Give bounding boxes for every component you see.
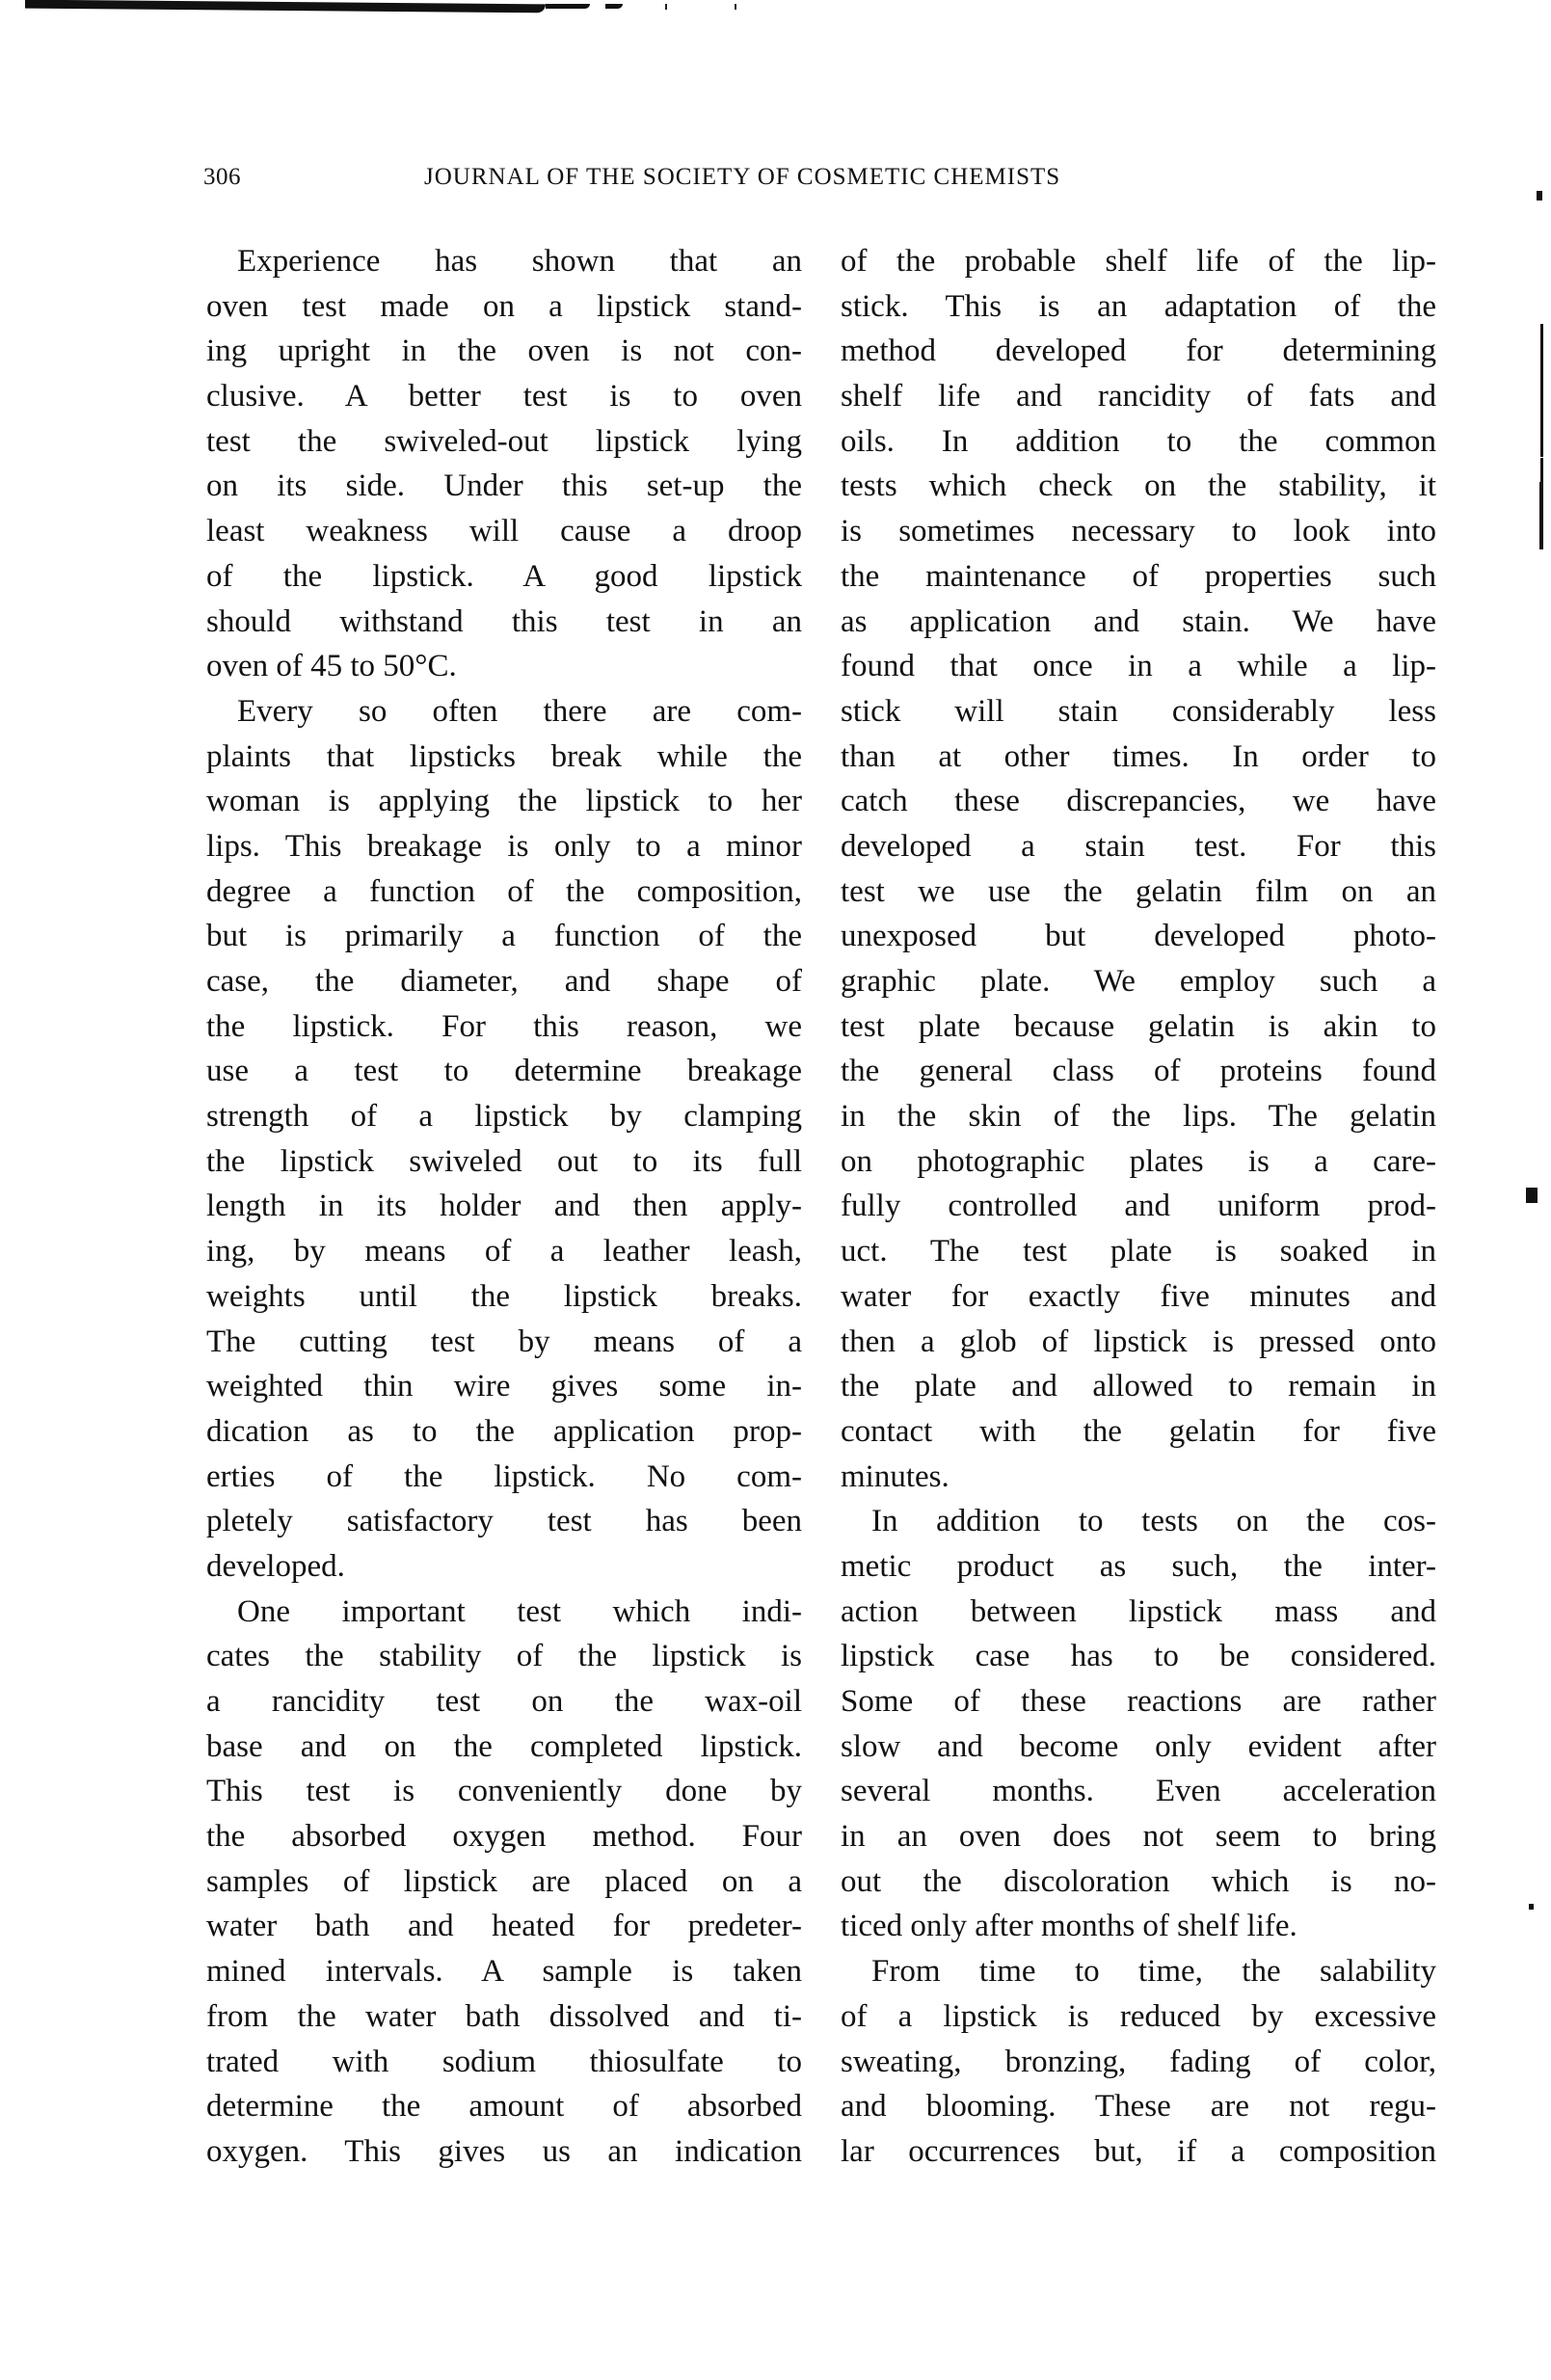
- text-line: sweating, bronzing, fading of color,: [841, 2040, 1436, 2085]
- text-line: stick will stain considerably less: [841, 689, 1436, 735]
- left-column: Experience has shown that anoven test ma…: [206, 239, 802, 2175]
- text-line: strength of a lipstick by clamping: [206, 1094, 802, 1139]
- text-line: trated with sodium thiosulfate to: [206, 2040, 802, 2085]
- scan-edge-mark: [1526, 1188, 1538, 1203]
- text-line: the absorbed oxygen method. Four: [206, 1814, 802, 1859]
- paragraph: From time to time, the salabilityof a li…: [841, 1949, 1436, 2174]
- text-line: samples of lipstick are placed on a: [206, 1859, 802, 1905]
- text-line: but is primarily a function of the: [206, 914, 802, 959]
- scan-artifact-bar: [605, 4, 623, 9]
- text-line: unexposed but developed photo-: [841, 914, 1436, 959]
- journal-title: JOURNAL OF THE SOCIETY OF COSMETIC CHEMI…: [424, 164, 1060, 191]
- text-line: weights until the lipstick breaks.: [206, 1274, 802, 1320]
- text-line: the lipstick swiveled out to its full: [206, 1139, 802, 1185]
- scan-artifact-bar: [546, 4, 590, 9]
- text-line: a rancidity test on the wax-oil: [206, 1679, 802, 1725]
- paragraph: Experience has shown that anoven test ma…: [206, 239, 802, 689]
- text-line: cates the stability of the lipstick is: [206, 1634, 802, 1679]
- text-line: lips. This breakage is only to a minor: [206, 824, 802, 869]
- text-line: metic product as such, the inter-: [841, 1544, 1436, 1590]
- text-line: This test is conveniently done by: [206, 1769, 802, 1814]
- text-line: lar occurrences but, if a composition: [841, 2129, 1436, 2175]
- text-line: from the water bath dissolved and ti-: [206, 1994, 802, 2040]
- text-line: oils. In addition to the common: [841, 419, 1436, 465]
- text-line: developed.: [206, 1544, 802, 1590]
- paragraph: In addition to tests on the cos-metic pr…: [841, 1499, 1436, 1949]
- text-line: oven test made on a lipstick stand-: [206, 284, 802, 330]
- text-line: as application and stain. We have: [841, 600, 1436, 645]
- text-line: plaints that lipsticks break while the: [206, 735, 802, 780]
- scan-artifact-tick: [665, 4, 667, 10]
- text-line: of the lipstick. A good lipstick: [206, 554, 802, 600]
- text-line: Some of these reactions are rather: [841, 1679, 1436, 1725]
- text-line: action between lipstick mass and: [841, 1590, 1436, 1635]
- text-line: the plate and allowed to remain in: [841, 1364, 1436, 1409]
- text-line: on photographic plates is a care-: [841, 1139, 1436, 1185]
- scan-edge-mark: [1540, 324, 1543, 457]
- text-line: tests which check on the stability, it: [841, 464, 1436, 509]
- text-line: length in its holder and then apply-: [206, 1184, 802, 1229]
- running-header: 306 JOURNAL OF THE SOCIETY OF COSMETIC C…: [0, 164, 1551, 202]
- text-line: the maintenance of properties such: [841, 554, 1436, 600]
- text-line: mined intervals. A sample is taken: [206, 1949, 802, 1994]
- text-line: minutes.: [841, 1455, 1436, 1500]
- text-line: catch these discrepancies, we have: [841, 779, 1436, 824]
- text-line: shelf life and rancidity of fats and: [841, 374, 1436, 419]
- text-line: in the skin of the lips. The gelatin: [841, 1094, 1436, 1139]
- text-line: test plate because gelatin is akin to: [841, 1004, 1436, 1050]
- text-line: dication as to the application prop-: [206, 1409, 802, 1455]
- text-line: developed a stain test. For this: [841, 824, 1436, 869]
- scan-edge-mark: [1539, 482, 1543, 549]
- text-line: found that once in a while a lip-: [841, 644, 1436, 689]
- paragraph: Every so often there are com-plaints tha…: [206, 689, 802, 1590]
- right-column: of the probable shelf life of the lip-st…: [841, 239, 1436, 2175]
- text-line: ticed only after months of shelf life.: [841, 1904, 1436, 1949]
- text-line: least weakness will cause a droop: [206, 509, 802, 554]
- text-line: than at other times. In order to: [841, 735, 1436, 780]
- text-line: oven of 45 to 50°C.: [206, 644, 802, 689]
- text-line: The cutting test by means of a: [206, 1320, 802, 1365]
- text-line: base and on the completed lipstick.: [206, 1725, 802, 1770]
- text-line: on its side. Under this set-up the: [206, 464, 802, 509]
- text-line: case, the diameter, and shape of: [206, 959, 802, 1004]
- text-line: should withstand this test in an: [206, 600, 802, 645]
- paragraph: One important test which indi-cates the …: [206, 1590, 802, 2175]
- text-line: and blooming. These are not regu-: [841, 2084, 1436, 2129]
- text-line: ing, by means of a leather leash,: [206, 1229, 802, 1274]
- text-line: erties of the lipstick. No com-: [206, 1455, 802, 1500]
- scan-artifact-bar: [25, 0, 546, 13]
- text-line: oxygen. This gives us an indication: [206, 2129, 802, 2175]
- text-line: uct. The test plate is soaked in: [841, 1229, 1436, 1274]
- text-line: degree a function of the composition,: [206, 869, 802, 915]
- text-line: From time to time, the salability: [841, 1949, 1436, 1994]
- text-line: then a glob of lipstick is pressed onto: [841, 1320, 1436, 1365]
- text-line: in an oven does not seem to bring: [841, 1814, 1436, 1859]
- text-line: of a lipstick is reduced by excessive: [841, 1994, 1436, 2040]
- scan-artifact-tick: [735, 4, 736, 10]
- scan-edge-mark: [1529, 1904, 1534, 1910]
- text-line: pletely satisfactory test has been: [206, 1499, 802, 1544]
- text-line: water bath and heated for predeter-: [206, 1904, 802, 1949]
- text-line: test we use the gelatin film on an: [841, 869, 1436, 915]
- text-line: slow and become only evident after: [841, 1725, 1436, 1770]
- page-number: 306: [203, 164, 241, 191]
- text-line: is sometimes necessary to look into: [841, 509, 1436, 554]
- text-line: the lipstick. For this reason, we: [206, 1004, 802, 1050]
- text-line: determine the amount of absorbed: [206, 2084, 802, 2129]
- text-line: In addition to tests on the cos-: [841, 1499, 1436, 1544]
- text-line: the general class of proteins found: [841, 1049, 1436, 1094]
- text-line: of the probable shelf life of the lip-: [841, 239, 1436, 284]
- text-line: ing upright in the oven is not con-: [206, 329, 802, 374]
- text-line: out the discoloration which is no-: [841, 1859, 1436, 1905]
- text-line: Experience has shown that an: [206, 239, 802, 284]
- text-line: test the swiveled-out lipstick lying: [206, 419, 802, 465]
- text-line: woman is applying the lipstick to her: [206, 779, 802, 824]
- paragraph: of the probable shelf life of the lip-st…: [841, 239, 1436, 1499]
- text-line: One important test which indi-: [206, 1590, 802, 1635]
- text-line: contact with the gelatin for five: [841, 1409, 1436, 1455]
- text-line: method developed for determining: [841, 329, 1436, 374]
- text-line: weighted thin wire gives some in-: [206, 1364, 802, 1409]
- text-line: several months. Even acceleration: [841, 1769, 1436, 1814]
- text-line: Every so often there are com-: [206, 689, 802, 735]
- text-line: graphic plate. We employ such a: [841, 959, 1436, 1004]
- text-line: clusive. A better test is to oven: [206, 374, 802, 419]
- text-line: stick. This is an adaptation of the: [841, 284, 1436, 330]
- text-line: fully controlled and uniform prod-: [841, 1184, 1436, 1229]
- text-line: water for exactly five minutes and: [841, 1274, 1436, 1320]
- text-line: lipstick case has to be considered.: [841, 1634, 1436, 1679]
- text-line: use a test to determine breakage: [206, 1049, 802, 1094]
